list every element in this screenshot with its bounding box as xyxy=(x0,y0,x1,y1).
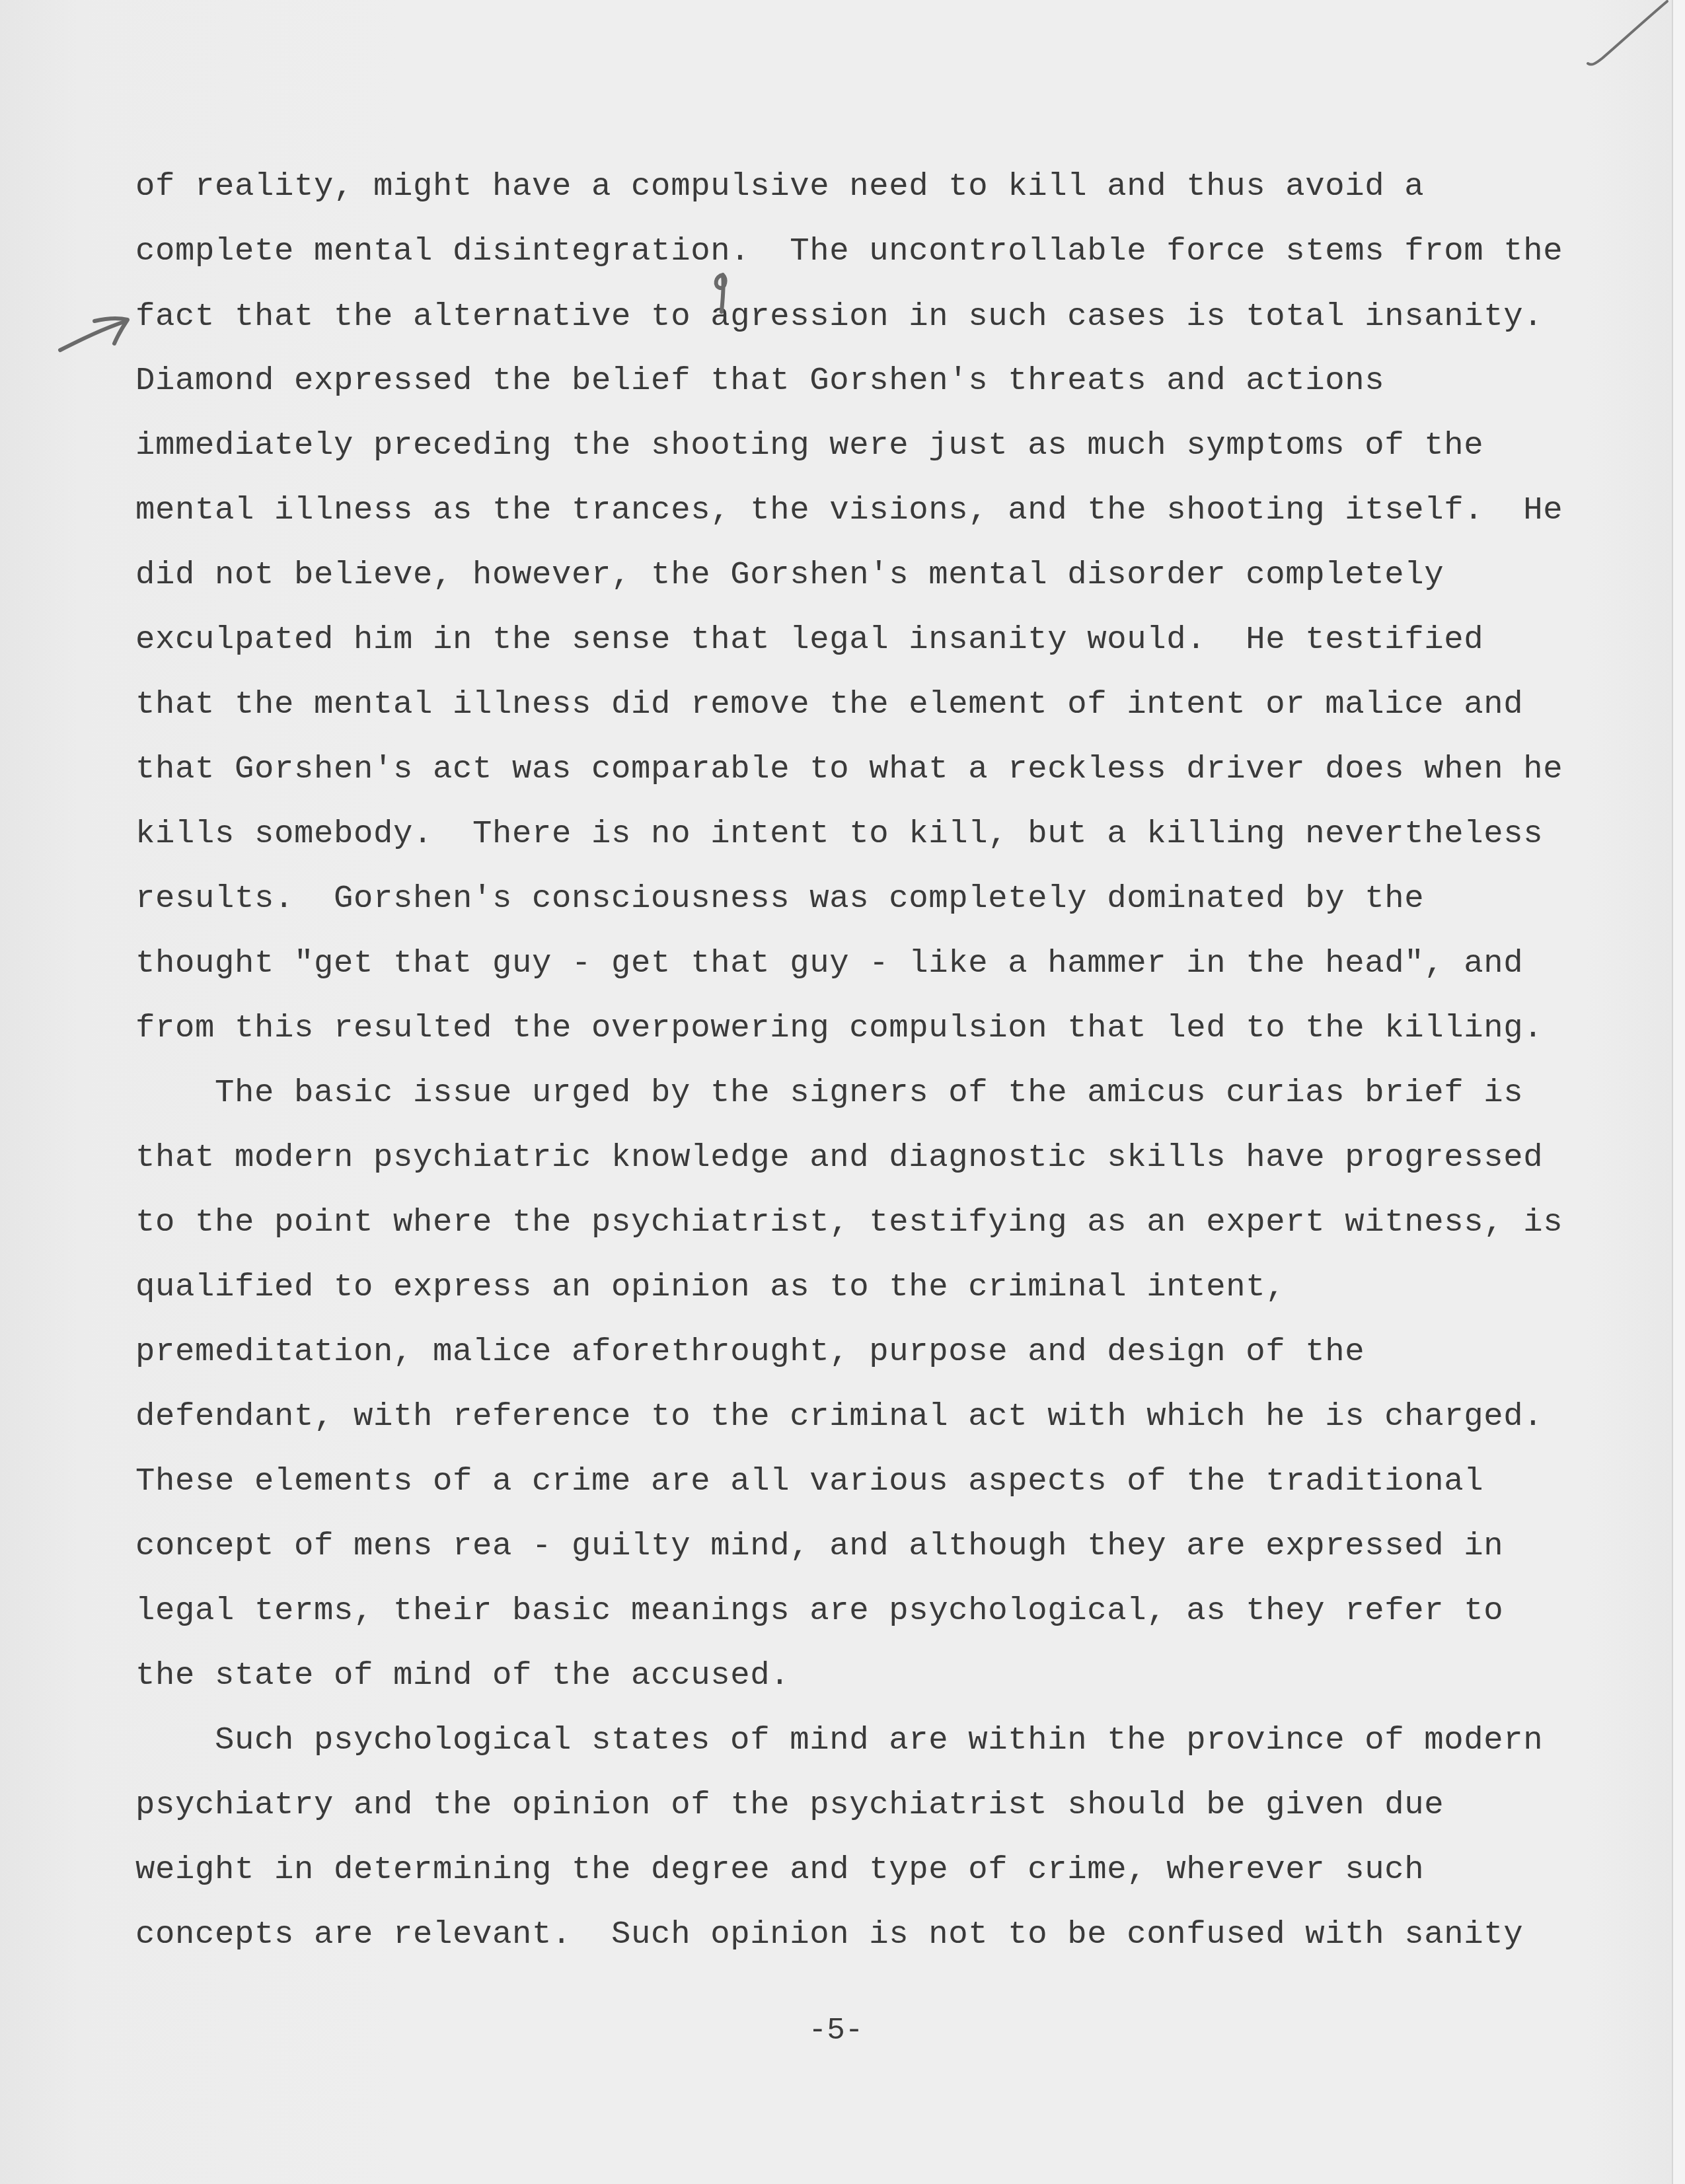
document-page: of reality, might have a compulsive need… xyxy=(0,0,1672,2184)
text-line: the state of mind of the accused. xyxy=(135,1656,790,1695)
text-line: fact that the alternative to agression i… xyxy=(135,297,1543,336)
text-line: kills somebody. There is no intent to ki… xyxy=(135,814,1543,854)
text-line: complete mental disintegration. The unco… xyxy=(135,231,1563,271)
text-line: that Gorshen's act was comparable to wha… xyxy=(135,749,1563,789)
text-line: Diamond expressed the belief that Gorshe… xyxy=(135,361,1384,400)
text-line: immediately preceding the shooting were … xyxy=(135,425,1483,465)
text-line: qualified to express an opinion as to th… xyxy=(135,1267,1285,1307)
text-line: psychiatry and the opinion of the psychi… xyxy=(135,1785,1444,1825)
text-line: defendant, with reference to the crimina… xyxy=(135,1397,1543,1436)
text-line: concepts are relevant. Such opinion is n… xyxy=(135,1914,1523,1954)
text-line: legal terms, their basic meanings are ps… xyxy=(135,1591,1503,1630)
text-line: that the mental illness did remove the e… xyxy=(135,684,1523,724)
text-line: Such psychological states of mind are wi… xyxy=(215,1720,1543,1760)
text-line: results. Gorshen's consciousness was com… xyxy=(135,879,1424,918)
text-line: thought "get that guy - get that guy - l… xyxy=(135,943,1523,983)
text-line: from this resulted the overpowering comp… xyxy=(135,1008,1543,1048)
text-line: premeditation, malice aforethrought, pur… xyxy=(135,1332,1365,1371)
text-line: The basic issue urged by the signers of … xyxy=(215,1073,1523,1112)
text-line: of reality, might have a compulsive need… xyxy=(135,166,1424,206)
text-line: to the point where the psychiatrist, tes… xyxy=(135,1202,1563,1242)
handwritten-arrow-icon xyxy=(56,303,135,355)
page-number: -5- xyxy=(0,2014,1672,2048)
text-line: mental illness as the trances, the visio… xyxy=(135,490,1563,530)
handwritten-checkmark-icon xyxy=(1583,0,1675,73)
text-line: exculpated him in the sense that legal i… xyxy=(135,620,1483,659)
text-line: weight in determining the degree and typ… xyxy=(135,1850,1424,1889)
page-edge xyxy=(1672,0,1685,2184)
text-line: These elements of a crime are all variou… xyxy=(135,1461,1483,1501)
text-line: did not believe, however, the Gorshen's … xyxy=(135,555,1444,595)
text-line: that modern psychiatric knowledge and di… xyxy=(135,1138,1543,1177)
text-line: concept of mens rea - guilty mind, and a… xyxy=(135,1526,1503,1566)
